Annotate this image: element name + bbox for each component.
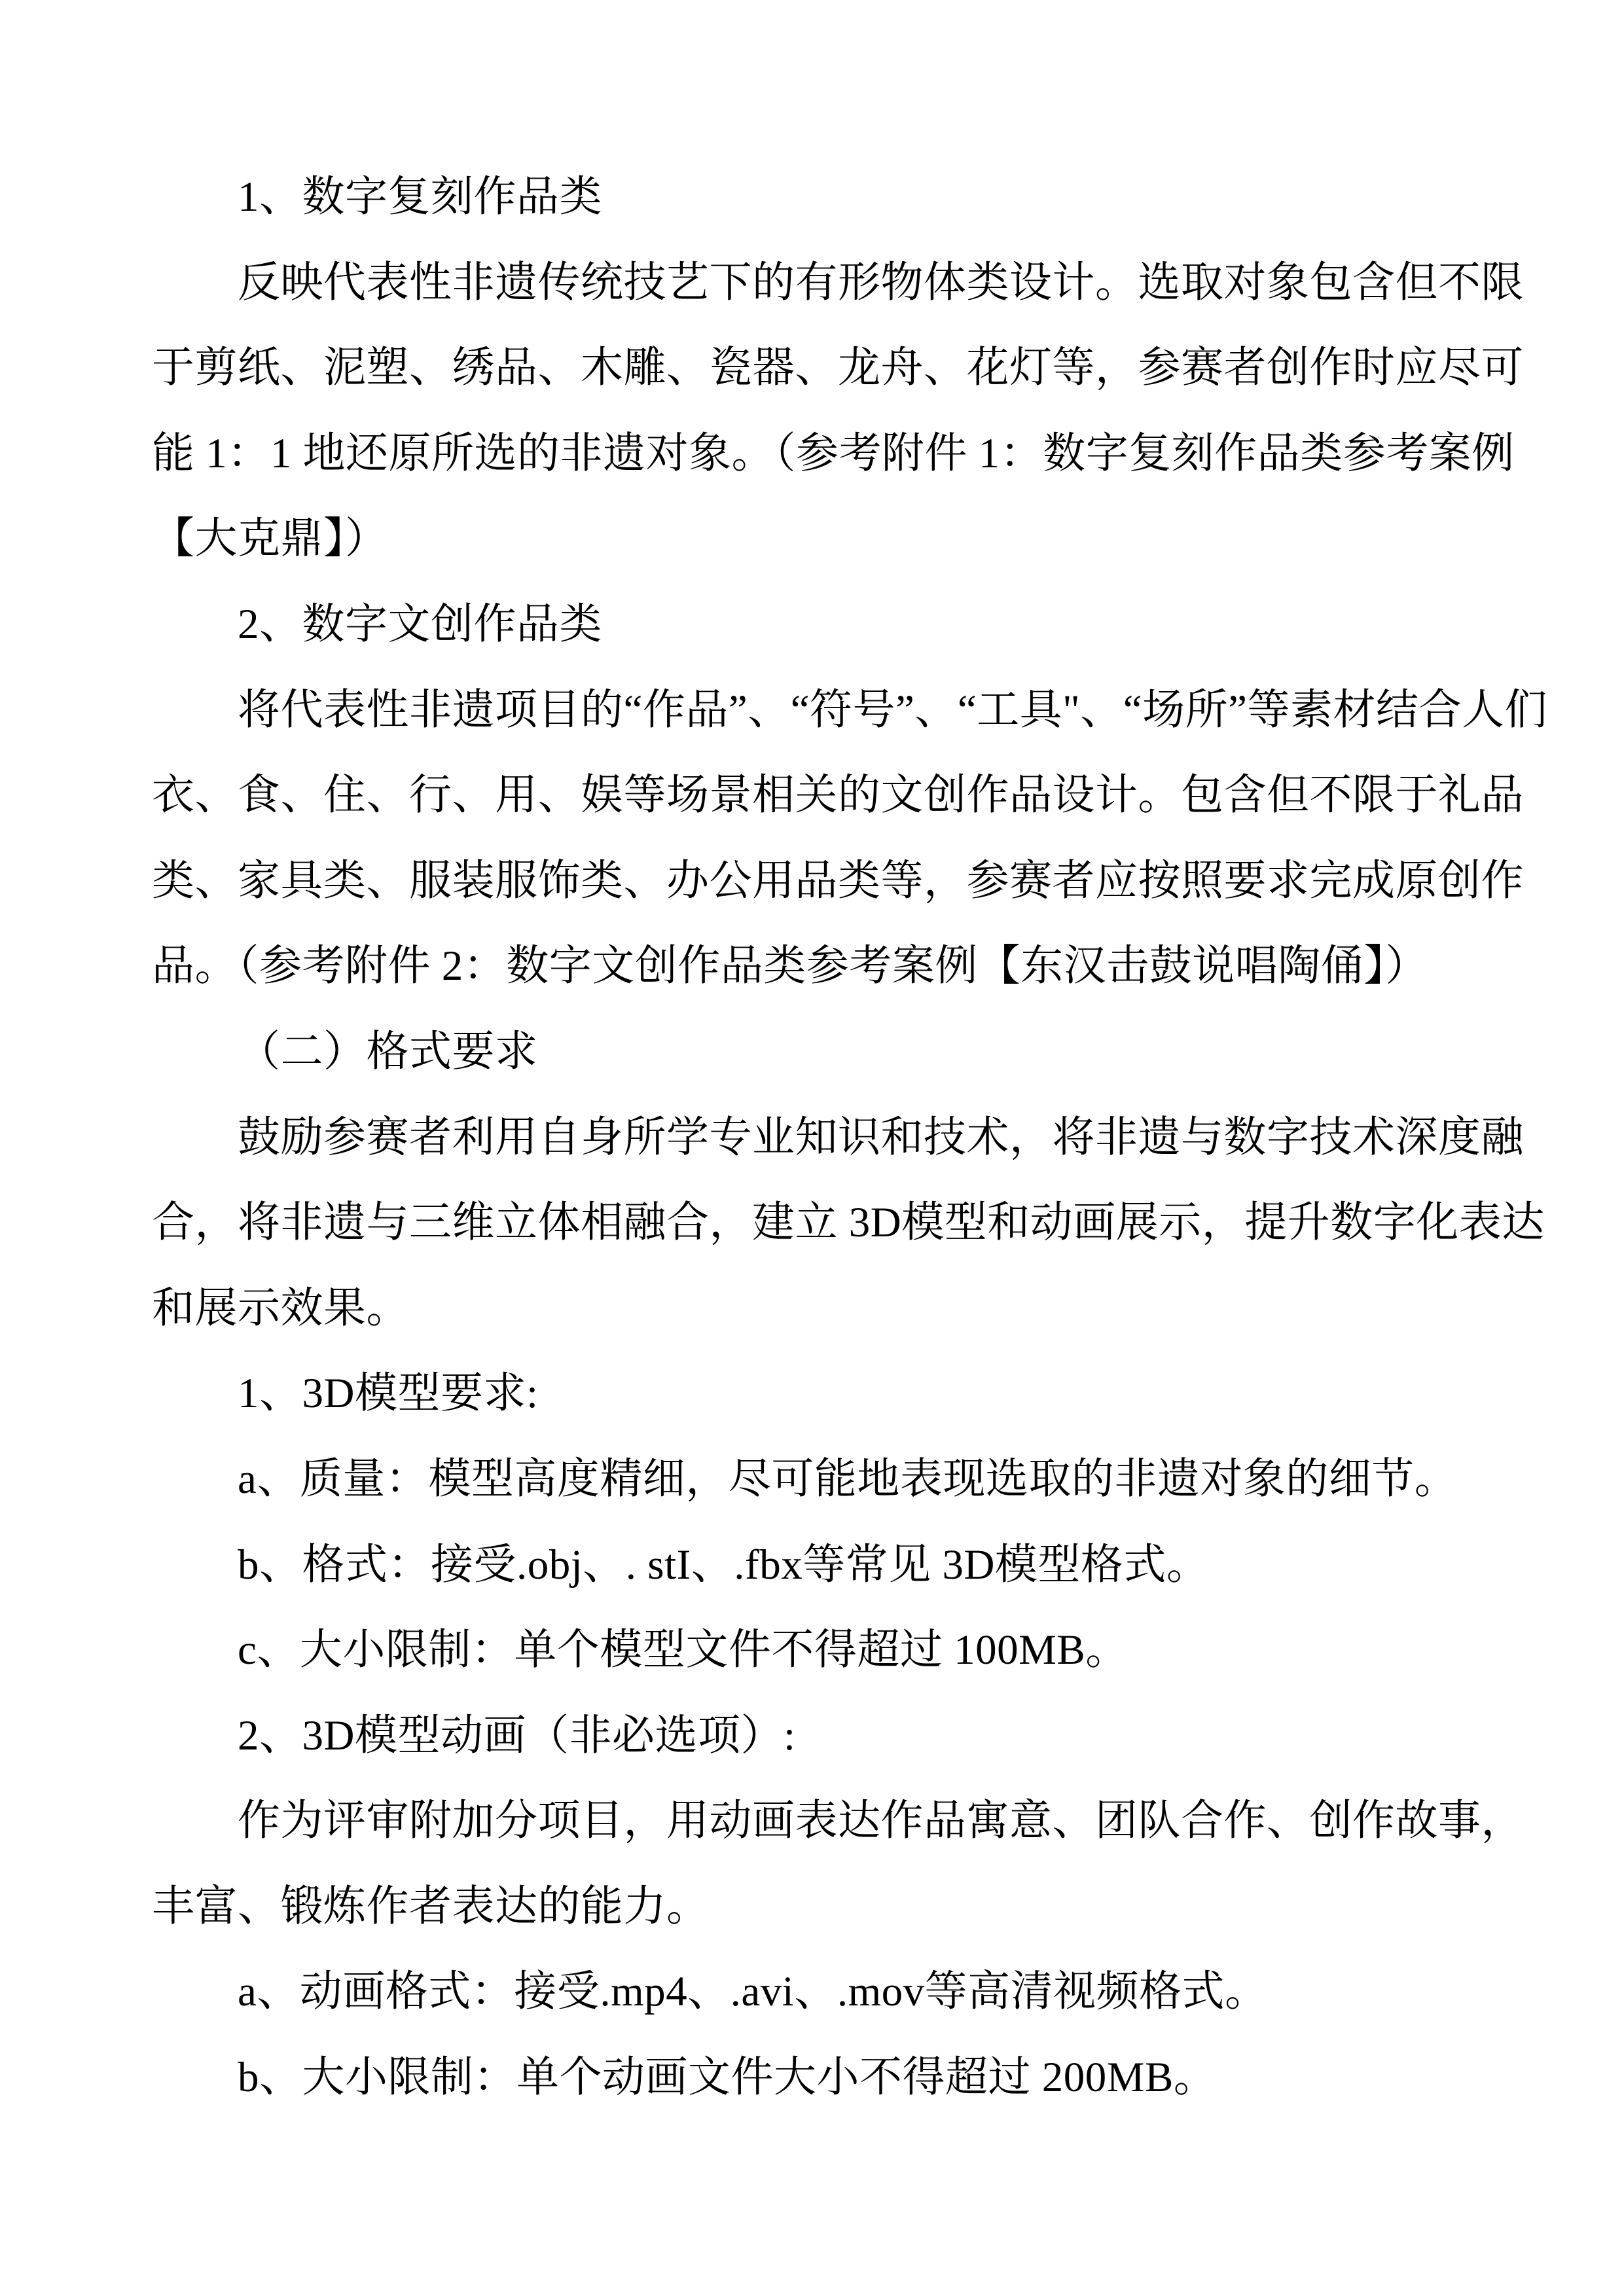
section-heading-format-requirements: （二）格式要求 xyxy=(152,1009,1402,1095)
paragraph-line: 反映代表性非遗传统技艺下的有形物体类设计。选取对象包含但不限 xyxy=(152,240,1402,326)
paragraph-line: 于剪纸、泥塑、绣品、木雕、瓷器、龙舟、花灯等，参赛者创作时应尽可 xyxy=(152,325,1402,411)
paragraph-line: 丰富、锻炼作者表达的能力。 xyxy=(152,1864,1402,1950)
requirement-item-format: b、格式：接受.obj、. stI、.fbx等常见 3D模型格式。 xyxy=(152,1522,1402,1608)
subheading-3d-model-animation: 2、3D模型动画（非必选项）: xyxy=(152,1693,1402,1779)
paragraph-line: 【大克鼎】） xyxy=(152,496,1402,582)
paragraph-line: 品。（参考附件 2：数字文创作品类参考案例【东汉击鼓说唱陶俑】） xyxy=(152,924,1402,1009)
section-heading-digital-replica: 1、数字复刻作品类 xyxy=(152,154,1402,240)
requirement-item-animation-format: a、动画格式：接受.mp4、.avi、.mov等高清视频格式。 xyxy=(152,1949,1402,2035)
text-column: 1、数字复刻作品类 反映代表性非遗传统技艺下的有形物体类设计。选取对象包含但不限… xyxy=(152,154,1402,2121)
paragraph-line: 合，将非遗与三维立体相融合，建立 3D模型和动画展示，提升数字化表达 xyxy=(152,1180,1402,1266)
section-heading-digital-creative: 2、数字文创作品类 xyxy=(152,582,1402,668)
subheading-3d-model-requirements: 1、3D模型要求: xyxy=(152,1351,1402,1437)
paragraph-line: 衣、食、住、行、用、娱等场景相关的文创作品设计。包含但不限于礼品 xyxy=(152,753,1402,838)
paragraph-line: 和展示效果。 xyxy=(152,1266,1402,1352)
paragraph-line: 鼓励参赛者利用自身所学专业知识和技术，将非遗与数字技术深度融 xyxy=(152,1095,1402,1181)
document-page: 1、数字复刻作品类 反映代表性非遗传统技艺下的有形物体类设计。选取对象包含但不限… xyxy=(0,0,1624,2296)
requirement-item-quality: a、质量：模型高度精细，尽可能地表现选取的非遗对象的细节。 xyxy=(152,1437,1402,1522)
paragraph-line: 能 1：1 地还原所选的非遗对象。（参考附件 1：数字复刻作品类参考案例 xyxy=(152,411,1402,497)
requirement-item-size-limit: c、大小限制：单个模型文件不得超过 100MB。 xyxy=(152,1607,1402,1693)
paragraph-line: 类、家具类、服装服饰类、办公用品类等，参赛者应按照要求完成原创作 xyxy=(152,838,1402,924)
paragraph-line: 将代表性非遗项目的“作品”、“符号”、“工具"、“场所”等素材结合人们 xyxy=(152,668,1402,753)
paragraph-line: 作为评审附加分项目，用动画表达作品寓意、团队合作、创作故事， xyxy=(152,1778,1402,1864)
requirement-item-animation-size-limit: b、大小限制：单个动画文件大小不得超过 200MB。 xyxy=(152,2035,1402,2121)
